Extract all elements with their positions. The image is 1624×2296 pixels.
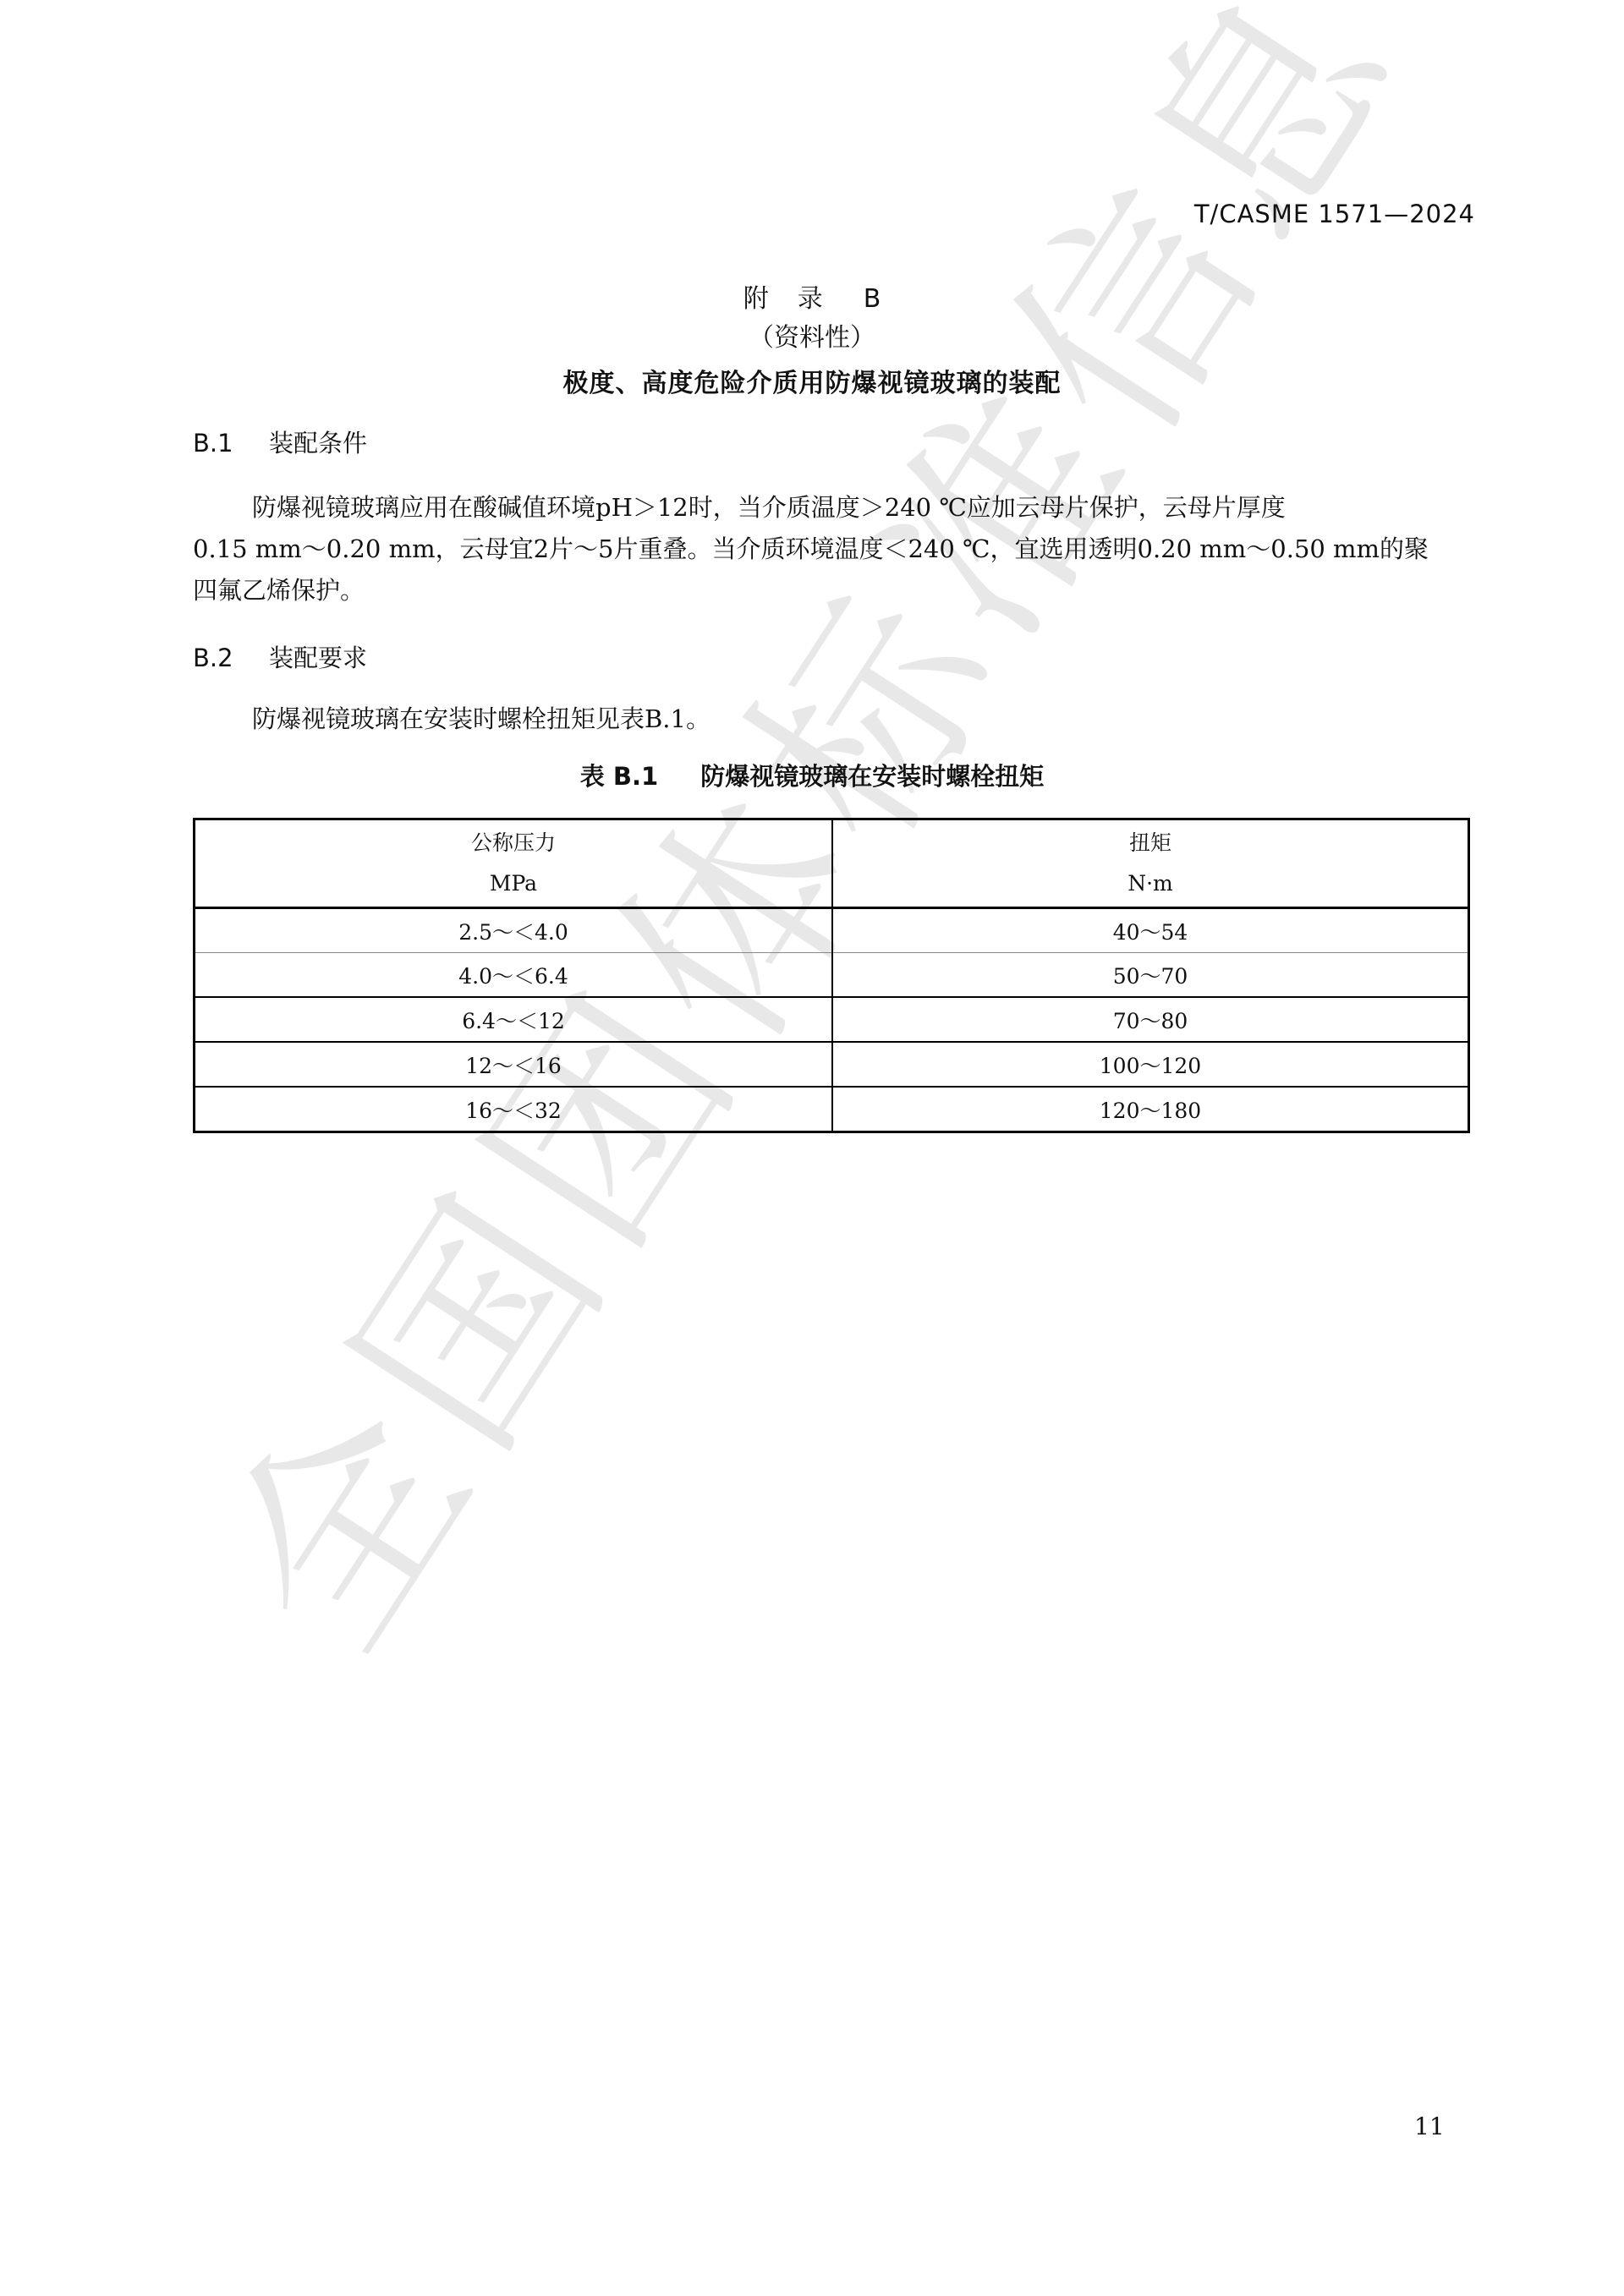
table-caption: 表 B.1防爆视镜玻璃在安装时螺栓扭矩 [0, 758, 1624, 792]
section-b1-paragraph: 防爆视镜玻璃应用在酸碱值环境pH＞12时，当介质温度＞240 ℃应加云母片保护，… [193, 487, 1470, 611]
page-number: 11 [1414, 2112, 1445, 2140]
appendix-label: 附录B [0, 277, 1624, 315]
section-title: 装配要求 [269, 644, 367, 672]
paragraph-line: 四氟乙烯保护。 [193, 570, 1470, 611]
section-number: B.2 [193, 644, 269, 672]
cell-torque: 50～70 [832, 953, 1469, 998]
cell-torque: 120～180 [832, 1087, 1469, 1132]
section-b2-paragraph: 防爆视镜玻璃在安装时螺栓扭矩见表B.1。 [193, 699, 1470, 740]
section-number: B.1 [193, 429, 269, 458]
appendix-title: 极度、高度危险介质用防爆视镜玻璃的装配 [0, 362, 1624, 399]
table-header-pressure: 公称压力 MPa [195, 819, 833, 908]
table-caption-number: 表 B.1 [580, 762, 658, 791]
appendix-label-part: 附 [743, 277, 769, 315]
cell-pressure: 6.4～＜12 [195, 997, 833, 1042]
header-unit: N·m [833, 863, 1468, 904]
table-row: 12～＜16 100～120 [195, 1042, 1469, 1087]
torque-table: 公称压力 MPa 扭矩 N·m 2.5～＜4.0 40～54 4.0～＜6.4 … [193, 818, 1470, 1133]
cell-pressure: 12～＜16 [195, 1042, 833, 1087]
table-row: 6.4～＜12 70～80 [195, 997, 1469, 1042]
section-heading-b2: B.2装配要求 [193, 639, 367, 674]
header-label: 公称压力 [195, 823, 831, 863]
paragraph-text: 防爆视镜玻璃在安装时螺栓扭矩见表B.1。 [252, 704, 710, 733]
table-header-torque: 扭矩 N·m [832, 819, 1469, 908]
table-row: 16～＜32 120～180 [195, 1087, 1469, 1132]
cell-pressure: 16～＜32 [195, 1087, 833, 1132]
table-row: 2.5～＜4.0 40～54 [195, 908, 1469, 953]
cell-torque: 100～120 [832, 1042, 1469, 1087]
header-label: 扭矩 [833, 823, 1468, 863]
cell-torque: 40～54 [832, 908, 1469, 953]
appendix-label-letter: B [864, 284, 881, 314]
paragraph-text: 防爆视镜玻璃应用在酸碱值环境pH＞12时，当介质温度＞240 ℃应加云母片保护，… [252, 493, 1286, 522]
appendix-label-part: 录 [798, 277, 823, 315]
paragraph-line: 防爆视镜玻璃应用在酸碱值环境pH＞12时，当介质温度＞240 ℃应加云母片保护，… [193, 487, 1470, 529]
paragraph-line: 防爆视镜玻璃在安装时螺栓扭矩见表B.1。 [193, 699, 1470, 740]
cell-pressure: 2.5～＜4.0 [195, 908, 833, 953]
document-code: T/CASME 1571—2024 [1194, 200, 1475, 228]
appendix-type: （资料性） [0, 316, 1624, 353]
section-title: 装配条件 [269, 429, 367, 458]
cell-torque: 70～80 [832, 997, 1469, 1042]
cell-pressure: 4.0～＜6.4 [195, 953, 833, 998]
header-unit: MPa [195, 863, 831, 904]
table-header-row: 公称压力 MPa 扭矩 N·m [195, 819, 1469, 908]
table-row: 4.0～＜6.4 50～70 [195, 953, 1469, 998]
table-caption-title: 防爆视镜玻璃在安装时螺栓扭矩 [700, 762, 1044, 791]
paragraph-line: 0.15 mm～0.20 mm，云母宜2片～5片重叠。当介质环境温度＜240 ℃… [193, 529, 1470, 570]
section-heading-b1: B.1装配条件 [193, 425, 367, 459]
